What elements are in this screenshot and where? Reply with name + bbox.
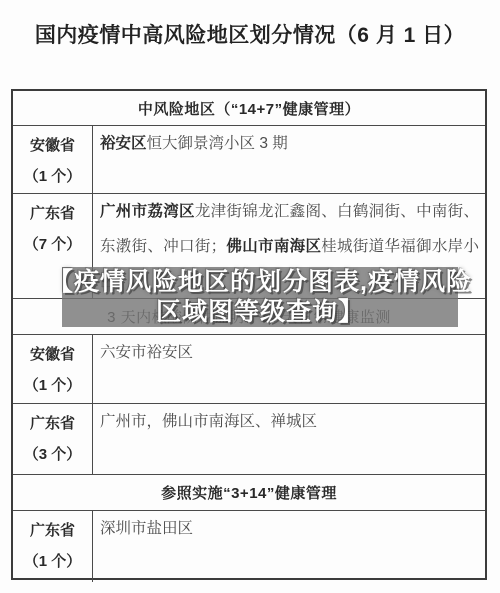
province-name: 安徽省 (30, 130, 75, 161)
province-cell: 安徽省 （1 个） (13, 126, 93, 193)
regions-cell: 广州市，佛山市南海区、禅城区 (93, 404, 485, 474)
section-header-medium-risk: 中风险地区（“14+7”健康管理） (13, 91, 485, 126)
province-name: 安徽省 (30, 339, 75, 370)
province-name: 广东省 (30, 408, 75, 439)
region-text: 深圳市盐田区 (100, 520, 193, 537)
province-name: 广东省 (30, 198, 75, 229)
regions-cell: 六安市裕安区 (93, 335, 485, 403)
province-cell: 广东省 （3 个） (13, 404, 93, 474)
region-text-bold: 佛山市南海区 (226, 238, 321, 255)
page-title: 国内疫情中高风险地区划分情况（6 月 1 日） (0, 19, 500, 49)
province-count: （1 个） (24, 161, 82, 192)
regions-cell: 裕安区恒大御景湾小区 3 期 (93, 126, 485, 193)
province-cell: 广东省 （1 个） (13, 511, 93, 582)
region-text-bold: 裕安区 (100, 135, 147, 152)
region-text: 恒大御景湾小区 3 期 (147, 135, 288, 152)
region-text: 六安市裕安区 (100, 344, 193, 361)
table-row: 广东省 （7 个） 广州市荔湾区龙津街锦龙汇鑫阁、白鹤洞街、中南街、东漖街、冲口… (13, 194, 485, 299)
region-text: 广州市，佛山市南海区、禅城区 (100, 413, 317, 430)
page: 国内疫情中高风险地区划分情况（6 月 1 日） 中风险地区（“14+7”健康管理… (0, 0, 500, 593)
province-count: （1 个） (24, 546, 82, 577)
section-header-3plus14-monitoring: 3 天内核酸阴性证明＋14 天日常健康监测 (13, 299, 485, 335)
province-cell: 广东省 （7 个） (13, 194, 93, 298)
table-row: 安徽省 （1 个） 裕安区恒大御景湾小区 3 期 (13, 126, 485, 194)
regions-cell: 深圳市盐田区 (93, 511, 485, 582)
province-count: （7 个） (24, 229, 82, 260)
table-row: 广东省 （1 个） 深圳市盐田区 (13, 511, 485, 582)
region-text-bold: 广州市荔湾区 (100, 203, 195, 220)
risk-area-table: 中风险地区（“14+7”健康管理） 安徽省 （1 个） 裕安区恒大御景湾小区 3… (11, 89, 487, 580)
province-count: （1 个） (24, 370, 82, 401)
table-row: 安徽省 （1 个） 六安市裕安区 (13, 335, 485, 404)
province-name: 广东省 (30, 515, 75, 546)
province-cell: 安徽省 （1 个） (13, 335, 93, 403)
regions-cell: 广州市荔湾区龙津街锦龙汇鑫阁、白鹤洞街、中南街、东漖街、冲口街；佛山市南海区桂城… (93, 194, 485, 298)
section-header-reference-3plus14: 参照实施“3+14”健康管理 (13, 475, 485, 511)
province-count: （3 个） (24, 439, 82, 470)
table-row: 广东省 （3 个） 广州市，佛山市南海区、禅城区 (13, 404, 485, 475)
